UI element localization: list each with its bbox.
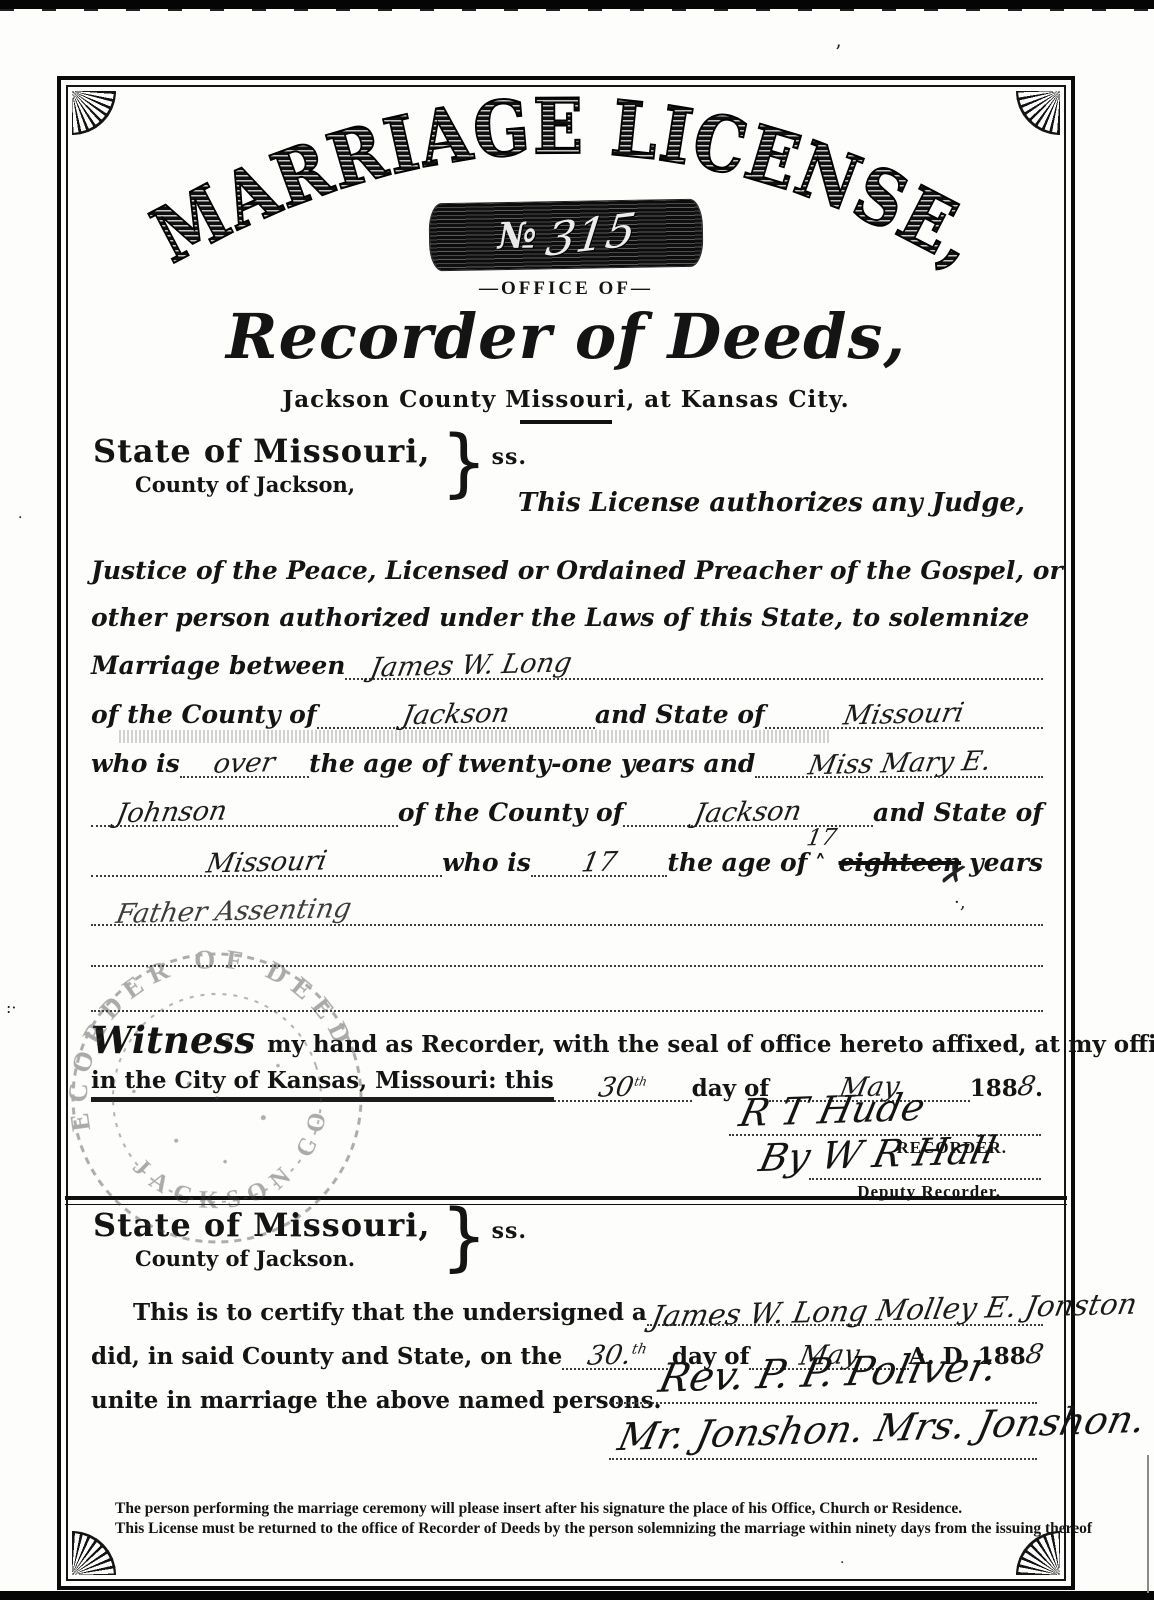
certify-lead-text: This is to certify that the undersigned … (133, 1299, 647, 1326)
county-label: of the County of (91, 700, 317, 729)
age-21-label: the age of twenty-one years and (309, 749, 755, 778)
office-location: Jackson County Missouri, at Kansas City. (61, 386, 1071, 413)
bride-age-handwritten: 17 (579, 847, 619, 879)
license-number-value: 315 (542, 202, 638, 267)
inserted-age-handwritten: 17 (805, 825, 839, 852)
groom-age-handwritten: over (211, 747, 277, 780)
svg-text:JACKSON CO: JACKSON CO (123, 1093, 356, 1242)
the-age-of-label: the age of (667, 848, 807, 877)
license-number-label: № (497, 215, 537, 258)
witness-day-slot: 30th (554, 1072, 692, 1102)
form-line-groom-county: of the County of Jackson and State of Mi… (91, 683, 1043, 729)
struck-age-annotation: 17 ˄ eighteen (807, 848, 961, 877)
groom-state-slot: Missouri (765, 699, 1043, 729)
state-label: and State of (873, 798, 1043, 827)
jurat-brace: } (441, 432, 488, 495)
form-line-2: Justice of the Peace, Licensed or Ordain… (91, 539, 1043, 585)
stamp-arc-bottom-text: JACKSON CO (123, 1093, 356, 1242)
scan-artifact-bottom-bar (0, 1591, 1154, 1600)
witnesses-signature-line (609, 1458, 1037, 1460)
ink-smudge: ·‚ (954, 892, 965, 913)
footer-note-1: The person performing the marriage cerem… (115, 1500, 1041, 1518)
bride-name-handwritten: Miss Mary E. (805, 746, 993, 782)
certify-line: This is to certify that the undersigned … (91, 1276, 1043, 1326)
jurat-ss: ss. (492, 1218, 527, 1244)
recorder-signature-handwritten: R T Hude (736, 1085, 929, 1135)
bride-state-slot: Missouri (91, 847, 442, 877)
scan-artifact-top-bar (0, 0, 1154, 9)
groom-age-slot: over (180, 748, 309, 778)
scanned-marriage-license-page: ’ :· · · MARRIAGE LICENSE, № 315 (0, 0, 1154, 1600)
groom-name-slot: James W. Long (345, 650, 1043, 680)
did-line-text: did, in said County and State, on the (91, 1343, 562, 1370)
form-line-bride-age: Missouri who is 17 the age of 17 ˄ eight… (91, 831, 1043, 877)
license-number-banner: № 315 (429, 200, 702, 271)
body-text: Justice of the Peace, Licensed or Ordain… (91, 556, 1063, 585)
groom-state-handwritten: Missouri (841, 697, 967, 731)
document-frame: MARRIAGE LICENSE, № 315 —OFFICE OF— Reco… (57, 76, 1075, 1590)
marriage-between-label: Marriage between (91, 651, 345, 680)
bride-surname-slot: Johnson (91, 797, 398, 827)
groom-county-slot: Jackson (317, 699, 595, 729)
office-name-title: Recorder of Deeds, (61, 300, 1071, 373)
bride-age-slot: 17 (531, 847, 668, 877)
scan-artifact-edge-line (1147, 1455, 1149, 1593)
jurat-brace: } (441, 1206, 488, 1269)
bride-county-handwritten: Jackson (692, 796, 804, 830)
year-printed: 188 (970, 1075, 1018, 1102)
who-is-label: who is (91, 749, 180, 778)
bride-county-slot: Jackson (623, 797, 873, 827)
form-line-bride-county: Johnson of the County of Jackson and Sta… (91, 781, 1043, 827)
years-label: years (969, 848, 1043, 877)
body-text: other person authorized under the Laws o… (91, 603, 1029, 632)
ink-speck: ’ (835, 40, 841, 64)
witness-day-handwritten: 30th (596, 1071, 649, 1103)
caret-insertion: 17 ˄ (807, 851, 833, 877)
groom-county-handwritten: Jackson (400, 698, 512, 732)
corner-fan-ornament (72, 1531, 116, 1575)
day-suffix: th (631, 1341, 649, 1357)
jurat-ss: ss. (492, 444, 527, 470)
ink-speck: · (18, 510, 22, 526)
witness-text: my hand as Recorder, with the seal of of… (267, 1031, 1154, 1058)
office-of-label: —OFFICE OF— (61, 278, 1071, 300)
deputy-signature-handwritten: By W R Hall (755, 1128, 1000, 1180)
header-rule (520, 420, 612, 424)
bride-state-handwritten: Missouri (204, 845, 330, 879)
form-line-3: other person authorized under the Laws o… (91, 586, 1043, 632)
couple-names-slot: James W. Long Molley E. Jonston (647, 1293, 1043, 1326)
who-is-label: who is (442, 848, 531, 877)
bride-surname-handwritten: Johnson (114, 796, 230, 830)
unite-text: unite in marriage the above named person… (91, 1387, 662, 1414)
day-suffix: th (633, 1074, 648, 1088)
certificate-day-handwritten: 30.th (585, 1339, 649, 1371)
license-intro-line: This License authorizes any Judge, (361, 488, 1025, 518)
caret-mark: ˄ (815, 851, 826, 877)
county-label: of the County of (398, 798, 624, 827)
groom-name-handwritten: James W. Long (368, 647, 575, 683)
deputy-signature-line (809, 1178, 1041, 1180)
bride-name-slot: Miss Mary E. (755, 748, 1043, 778)
certificate-year-handwritten: 8 (1023, 1339, 1046, 1370)
jurat-state: State of Missouri, (93, 432, 431, 470)
scan-halftone-band (119, 730, 831, 743)
state-label: and State of (595, 700, 765, 729)
form-line-marriage-between: Marriage between James W. Long (91, 634, 1043, 680)
footer-note-2: This License must be returned to the off… (115, 1520, 1041, 1538)
certificate-day-slot: 30.th (562, 1340, 672, 1370)
